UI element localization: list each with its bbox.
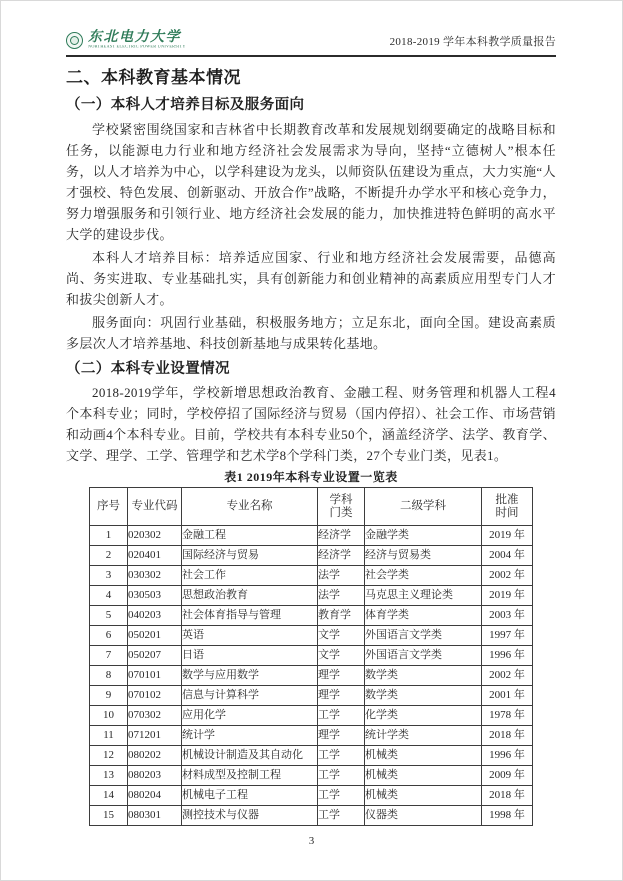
cell-discipline: 教育学	[318, 606, 365, 626]
cell-subdiscipline: 数学类	[365, 666, 482, 686]
cell-subdiscipline: 社会学类	[365, 566, 482, 586]
cell-subdiscipline: 体育学类	[365, 606, 482, 626]
cell-code: 050207	[128, 646, 182, 666]
table-row: 13 080203 材料成型及控制工程 工学 机械类 2009 年	[90, 766, 533, 786]
cell-index: 10	[90, 706, 128, 726]
cell-subdiscipline: 机械类	[365, 746, 482, 766]
table-row: 2 020401 国际经济与贸易 经济学 经济与贸易类 2004 年	[90, 546, 533, 566]
majors-table: 序号 专业代码 专业名称 学科 门类 二级学科 批准 时间 1 020302 金…	[89, 487, 533, 826]
table-row: 7 050207 日语 文学 外国语言文学类 1996 年	[90, 646, 533, 666]
subsection-heading-goals: （一）本科人才培养目标及服务面向	[66, 96, 556, 116]
cell-index: 14	[90, 786, 128, 806]
table-row: 4 030503 思想政治教育 法学 马克思主义理论类 2019 年	[90, 586, 533, 606]
cell-approval-time: 2009 年	[482, 766, 533, 786]
cell-subdiscipline: 金融学类	[365, 526, 482, 546]
university-emblem-icon	[66, 32, 83, 49]
cell-index: 7	[90, 646, 128, 666]
table-row: 12 080202 机械设计制造及其自动化 工学 机械类 1996 年	[90, 746, 533, 766]
cell-discipline: 法学	[318, 586, 365, 606]
cell-discipline: 工学	[318, 746, 365, 766]
cell-index: 4	[90, 586, 128, 606]
cell-index: 8	[90, 666, 128, 686]
cell-approval-time: 1978 年	[482, 706, 533, 726]
page-content: 东北电力大学 NORTHEAST ELECTRIC POWER UNIVERSI…	[1, 1, 622, 826]
table-row: 5 040203 社会体育指导与管理 教育学 体育学类 2003 年	[90, 606, 533, 626]
cell-approval-time: 2004 年	[482, 546, 533, 566]
cell-code: 030302	[128, 566, 182, 586]
cell-discipline: 工学	[318, 806, 365, 826]
cell-major-name: 机械设计制造及其自动化	[182, 746, 318, 766]
cell-approval-time: 1996 年	[482, 746, 533, 766]
cell-subdiscipline: 外国语言文学类	[365, 626, 482, 646]
cell-index: 6	[90, 626, 128, 646]
table-row: 6 050201 英语 文学 外国语言文学类 1997 年	[90, 626, 533, 646]
university-name-en: NORTHEAST ELECTRIC POWER UNIVERSITY	[88, 45, 186, 49]
cell-approval-time: 2019 年	[482, 526, 533, 546]
emblem-inner-ring	[70, 36, 79, 45]
cell-major-name: 思想政治教育	[182, 586, 318, 606]
cell-code: 080202	[128, 746, 182, 766]
cell-subdiscipline: 外国语言文学类	[365, 646, 482, 666]
cell-major-name: 材料成型及控制工程	[182, 766, 318, 786]
cell-major-name: 社会工作	[182, 566, 318, 586]
cell-approval-time: 2018 年	[482, 786, 533, 806]
cell-subdiscipline: 数学类	[365, 686, 482, 706]
cell-discipline: 文学	[318, 646, 365, 666]
cell-discipline: 理学	[318, 726, 365, 746]
cell-code: 070101	[128, 666, 182, 686]
cell-approval-time: 2018 年	[482, 726, 533, 746]
cell-code: 080204	[128, 786, 182, 806]
cell-major-name: 日语	[182, 646, 318, 666]
document-page: 东北电力大学 NORTHEAST ELECTRIC POWER UNIVERSI…	[0, 0, 623, 881]
col-header-code: 专业代码	[128, 488, 182, 526]
logo-text: 东北电力大学 NORTHEAST ELECTRIC POWER UNIVERSI…	[88, 30, 203, 50]
cell-approval-time: 1997 年	[482, 626, 533, 646]
table-row: 8 070101 数学与应用数学 理学 数学类 2002 年	[90, 666, 533, 686]
cell-approval-time: 2001 年	[482, 686, 533, 706]
col-header-major-name: 专业名称	[182, 488, 318, 526]
report-title: 2018-2019 学年本科教学质量报告	[390, 33, 556, 50]
cell-index: 11	[90, 726, 128, 746]
cell-index: 15	[90, 806, 128, 826]
cell-discipline: 理学	[318, 666, 365, 686]
cell-index: 3	[90, 566, 128, 586]
paragraph-training-goal: 本科人才培养目标：培养适应国家、行业和地方经济社会发展需要，品德高尚、务实进取、…	[66, 247, 556, 310]
cell-major-name: 金融工程	[182, 526, 318, 546]
paragraph-service-orientation: 服务面向：巩固行业基础，积极服务地方；立足东北，面向全国。建设高素质多层次人才培…	[66, 312, 556, 354]
cell-discipline: 工学	[318, 786, 365, 806]
paragraph-major-changes: 2018-2019学年，学校新增思想政治教育、金融工程、财务管理和机器人工程4个…	[66, 382, 556, 466]
cell-code: 080203	[128, 766, 182, 786]
subsection-heading-majors: （二）本科专业设置情况	[66, 360, 556, 380]
cell-code: 070302	[128, 706, 182, 726]
cell-code: 070102	[128, 686, 182, 706]
cell-subdiscipline: 机械类	[365, 766, 482, 786]
table-row: 1 020302 金融工程 经济学 金融学类 2019 年	[90, 526, 533, 546]
table-row: 10 070302 应用化学 工学 化学类 1978 年	[90, 706, 533, 726]
cell-approval-time: 1996 年	[482, 646, 533, 666]
cell-subdiscipline: 经济与贸易类	[365, 546, 482, 566]
cell-discipline: 工学	[318, 706, 365, 726]
col-header-subdiscipline: 二级学科	[365, 488, 482, 526]
cell-code: 020302	[128, 526, 182, 546]
cell-approval-time: 2002 年	[482, 666, 533, 686]
table-row: 11 071201 统计学 理学 统计学类 2018 年	[90, 726, 533, 746]
cell-approval-time: 1998 年	[482, 806, 533, 826]
cell-discipline: 理学	[318, 686, 365, 706]
col-header-discipline: 学科 门类	[318, 488, 365, 526]
cell-major-name: 数学与应用数学	[182, 666, 318, 686]
cell-discipline: 经济学	[318, 546, 365, 566]
cell-index: 12	[90, 746, 128, 766]
cell-index: 2	[90, 546, 128, 566]
university-name-zh: 东北电力大学	[88, 30, 203, 44]
table-row: 9 070102 信息与计算科学 理学 数学类 2001 年	[90, 686, 533, 706]
cell-major-name: 英语	[182, 626, 318, 646]
page-number: 3	[1, 835, 622, 847]
section-heading: 二、本科教育基本情况	[66, 67, 556, 90]
university-logo: 东北电力大学 NORTHEAST ELECTRIC POWER UNIVERSI…	[66, 30, 203, 50]
cell-subdiscipline: 化学类	[365, 706, 482, 726]
cell-approval-time: 2002 年	[482, 566, 533, 586]
cell-code: 020401	[128, 546, 182, 566]
cell-subdiscipline: 仪器类	[365, 806, 482, 826]
cell-approval-time: 2003 年	[482, 606, 533, 626]
cell-major-name: 统计学	[182, 726, 318, 746]
cell-index: 13	[90, 766, 128, 786]
cell-subdiscipline: 马克思主义理论类	[365, 586, 482, 606]
cell-discipline: 工学	[318, 766, 365, 786]
cell-index: 9	[90, 686, 128, 706]
cell-subdiscipline: 统计学类	[365, 726, 482, 746]
cell-major-name: 社会体育指导与管理	[182, 606, 318, 626]
cell-code: 030503	[128, 586, 182, 606]
table-header-row: 序号 专业代码 专业名称 学科 门类 二级学科 批准 时间	[90, 488, 533, 526]
cell-major-name: 国际经济与贸易	[182, 546, 318, 566]
cell-major-name: 测控技术与仪器	[182, 806, 318, 826]
cell-major-name: 应用化学	[182, 706, 318, 726]
col-header-approval-time: 批准 时间	[482, 488, 533, 526]
cell-approval-time: 2019 年	[482, 586, 533, 606]
cell-major-name: 机械电子工程	[182, 786, 318, 806]
cell-code: 080301	[128, 806, 182, 826]
cell-discipline: 法学	[318, 566, 365, 586]
cell-code: 050201	[128, 626, 182, 646]
table-row: 3 030302 社会工作 法学 社会学类 2002 年	[90, 566, 533, 586]
cell-discipline: 经济学	[318, 526, 365, 546]
cell-major-name: 信息与计算科学	[182, 686, 318, 706]
table-body: 1 020302 金融工程 经济学 金融学类 2019 年 2 020401 国…	[90, 526, 533, 826]
cell-discipline: 文学	[318, 626, 365, 646]
table-row: 15 080301 测控技术与仪器 工学 仪器类 1998 年	[90, 806, 533, 826]
paragraph-strategy: 学校紧密围绕国家和吉林省中长期教育改革和发展规划纲要确定的战略目标和任务，以能源…	[66, 119, 556, 245]
cell-code: 040203	[128, 606, 182, 626]
cell-code: 071201	[128, 726, 182, 746]
cell-subdiscipline: 机械类	[365, 786, 482, 806]
table-caption: 表1 2019年本科专业设置一览表	[66, 470, 556, 484]
col-header-index: 序号	[90, 488, 128, 526]
cell-index: 5	[90, 606, 128, 626]
cell-index: 1	[90, 526, 128, 546]
table-row: 14 080204 机械电子工程 工学 机械类 2018 年	[90, 786, 533, 806]
page-header: 东北电力大学 NORTHEAST ELECTRIC POWER UNIVERSI…	[66, 1, 556, 57]
